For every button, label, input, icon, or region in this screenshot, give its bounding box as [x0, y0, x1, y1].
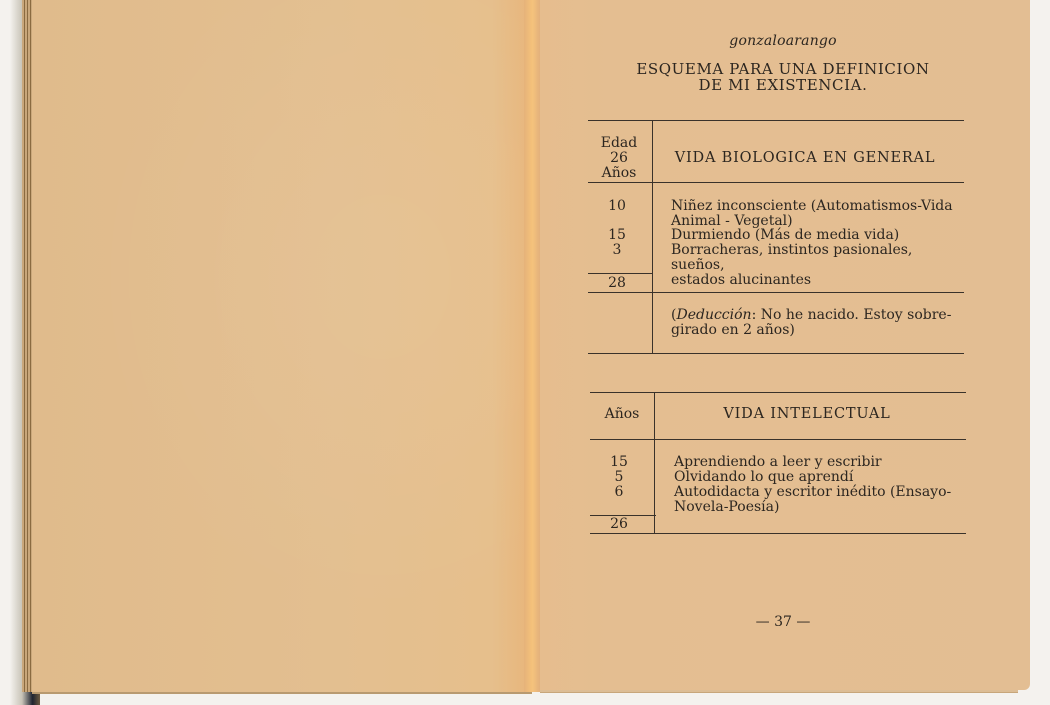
table1-row-years: 15	[590, 228, 644, 243]
table1-row-text: Niñez inconsciente (Automatismos-Vida An…	[671, 199, 964, 229]
table2-row-text: Autodidacta y escritor inédito (Ensayo- …	[674, 485, 966, 515]
table1-header-title: VIDA BIOLOGICA EN GENERAL	[655, 151, 955, 166]
table1-bottom-rule	[588, 353, 964, 354]
table2-row-text: Aprendiendo a leer y escribir	[674, 455, 966, 470]
table2-header-title: VIDA INTELECTUAL	[657, 407, 957, 422]
table2-top-rule	[590, 392, 966, 393]
table2-row-years: 6	[592, 485, 646, 500]
page-number: — 37 —	[536, 614, 1030, 630]
table1-total: 28	[590, 276, 644, 291]
book-spine	[524, 0, 540, 692]
left-page	[32, 0, 532, 694]
table1-header-age: Edad 26 Años	[588, 136, 650, 181]
right-page	[536, 0, 1030, 690]
page-title: ESQUEMA PARA UNA DEFINICION DE MI EXISTE…	[536, 61, 1030, 93]
table1-header-rule	[588, 182, 964, 183]
table1-top-rule	[588, 120, 964, 121]
table2-row-text: Olvidando lo que aprendí	[674, 470, 966, 485]
table1-row-text: Borracheras, instintos pasionales, sueño…	[671, 243, 964, 288]
table2-header-years: Años	[590, 407, 654, 422]
title-line-2: DE MI EXISTENCIA.	[536, 77, 1030, 93]
running-header-author: gonzaloarango	[536, 33, 1030, 49]
table2-row-years: 5	[592, 470, 646, 485]
table1-row-text: Durmiendo (Más de media vida)	[671, 228, 964, 243]
table1-row-years: 3	[590, 243, 644, 258]
table2-header-rule	[590, 439, 966, 440]
table1-deduction: (Deducción: No he nacido. Estoy sobre- g…	[671, 308, 964, 338]
table2-total: 26	[592, 517, 646, 532]
deduction-label: Deducción	[676, 307, 751, 323]
title-line-1: ESQUEMA PARA UNA DEFINICION	[536, 61, 1030, 77]
table2-column-divider	[654, 393, 655, 533]
table1-sum-rule	[588, 273, 652, 274]
table2-bottom-rule	[590, 533, 966, 534]
table2-row-years: 15	[592, 455, 646, 470]
table1-column-divider	[652, 121, 653, 353]
table1-total-rule	[588, 292, 964, 293]
table1-row-years: 10	[590, 199, 644, 214]
